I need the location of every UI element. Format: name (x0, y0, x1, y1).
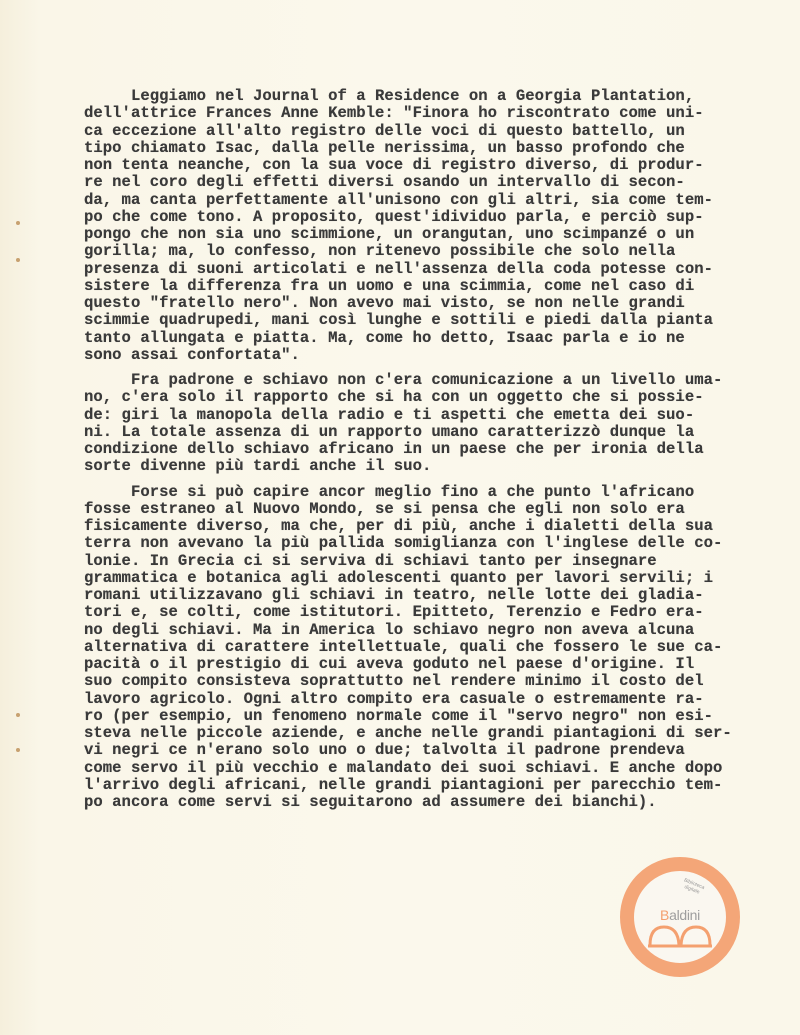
text-line: non tenta neanche, con la sua voce di re… (84, 157, 784, 174)
text-line: grammatica e botanica agli adolescenti q… (84, 570, 784, 587)
text-line: condizione dello schiavo africano in un … (84, 441, 784, 458)
text-line: lavoro agricolo. Ogni altro compito era … (84, 691, 784, 708)
binder-hole-mark (16, 258, 20, 262)
text-line: da, ma canta perfettamente all'unisono c… (84, 192, 784, 209)
text-line: come servo il più vecchio e malandato de… (84, 760, 784, 777)
library-stamp: Biblioteca digitale Baldini (620, 857, 740, 977)
text-line: de: giri la manopola della radio e ti as… (84, 407, 784, 424)
text-line: sorte divenne più tardi anche il suo. (84, 458, 784, 475)
paragraph: Leggiamo nel Journal of a Residence on a… (84, 88, 784, 364)
paragraph: Forse si può capire ancor meglio fino a … (84, 484, 784, 812)
text-line: terra non avevano la più pallida somigli… (84, 535, 784, 552)
document-page: Leggiamo nel Journal of a Residence on a… (0, 0, 800, 1035)
text-line: questo "fratello nero". Non avevo mai vi… (84, 295, 784, 312)
text-line: suo compito consisteva soprattutto nel r… (84, 673, 784, 690)
binder-hole-mark (16, 713, 20, 717)
binder-hole-mark (16, 748, 20, 752)
text-line: Leggiamo nel Journal of a Residence on a… (84, 88, 784, 105)
text-line: ro (per esempio, un fenomeno normale com… (84, 708, 784, 725)
text-line: tipo chiamato Isac, dalla pelle nerissim… (84, 140, 784, 157)
typewritten-text: Leggiamo nel Journal of a Residence on a… (84, 88, 784, 819)
text-line: romani utilizzavano gli schiavi in teatr… (84, 587, 784, 604)
text-line: no, c'era solo il rapporto che si ha con… (84, 389, 784, 406)
text-line: sono assai confortata". (84, 347, 784, 364)
text-line: fosse estraneo al Nuovo Mondo, se si pen… (84, 501, 784, 518)
stamp-logo-initial: B (660, 907, 669, 923)
paragraph: Fra padrone e schiavo non c'era comunica… (84, 372, 784, 476)
text-line: presenza di suoni articolati e nell'asse… (84, 261, 784, 278)
binder-hole-mark (16, 221, 20, 225)
text-line: scimmie quadrupedi, mani così lunghe e s… (84, 312, 784, 329)
text-line: lonie. In Grecia ci si serviva di schiav… (84, 553, 784, 570)
text-line: ca eccezione all'alto registro delle voc… (84, 123, 784, 140)
text-line: no degli schiavi. Ma in America lo schia… (84, 622, 784, 639)
text-line: tori e, se colti, come istitutori. Epitt… (84, 604, 784, 621)
text-line: fisicamente diverso, ma che, per di più,… (84, 518, 784, 535)
stamp-logo-rest: aldini (669, 907, 700, 923)
text-line: gorilla; ma, lo confesso, non ritenevo p… (84, 243, 784, 260)
text-line: pacità o il prestigio di cui aveva godut… (84, 656, 784, 673)
stamp-logo-text: Baldini (620, 907, 740, 923)
text-line: sistere la differenza fra un uomo e una … (84, 278, 784, 295)
open-book-icon (648, 923, 712, 949)
text-line: Forse si può capire ancor meglio fino a … (84, 484, 784, 501)
text-line: Fra padrone e schiavo non c'era comunica… (84, 372, 784, 389)
text-line: re nel coro degli effetti diversi osando… (84, 174, 784, 191)
text-line: l'arrivo degli africani, nelle grandi pi… (84, 777, 784, 794)
text-line: dell'attrice Frances Anne Kemble: "Finor… (84, 105, 784, 122)
text-line: po ancora come servi si seguitarono ad a… (84, 794, 784, 811)
text-line: tanto allungata e piatta. Ma, come ho de… (84, 330, 784, 347)
text-line: ni. La totale assenza di un rapporto uma… (84, 424, 784, 441)
text-line: pongo che non sia uno scimmione, un oran… (84, 226, 784, 243)
text-line: alternativa di carattere intellettuale, … (84, 639, 784, 656)
text-line: po che come tono. A proposito, quest'idi… (84, 209, 784, 226)
text-line: vi negri ce n'erano solo uno o due; talv… (84, 742, 784, 759)
text-line: steva nelle piccole aziende, e anche nel… (84, 725, 784, 742)
